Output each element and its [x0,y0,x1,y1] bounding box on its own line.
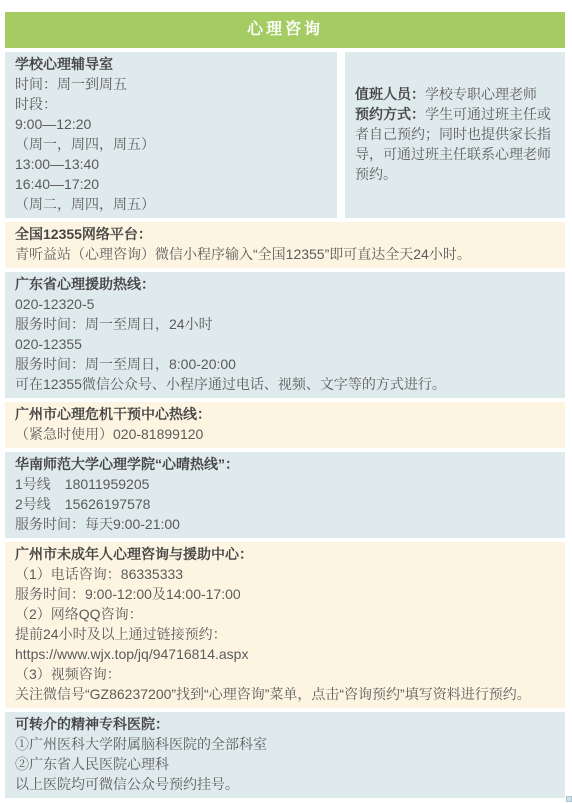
line-text: 以上医院均可微信公众号预约挂号。 [15,776,239,792]
line-label: 学校心理辅导室 [15,56,113,72]
text-line: 16:40—17:20 [15,174,327,194]
line-text: 020-12320-5 [15,296,94,312]
line-text: （周二，周四，周五） [15,196,155,212]
section-school-counseling-room-booking-cell: 值班人员：学校专职心理老师预约方式：学生可通过班主任或者自己预约；同时也提供家长… [345,52,565,218]
section-national-12355-platform: 全国12355网络平台：青听益站（心理咨询）微信小程序输入“全国12355”即可… [5,222,565,268]
text-line: 2号线 15626197578 [15,494,555,514]
section-guangzhou-minors-center: 广州市未成年人心理咨询与援助中心：（1）电话咨询：86335333服务时间：9:… [5,542,565,708]
text-line: 服务时间：周一至周日，8:00-20:00 [15,354,555,374]
text-line: ①广州医科大学附属脑科医院的全部科室 [15,734,555,754]
section-guangdong-psych-assist-hotline: 广东省心理援助热线：020-12320-5服务时间：周一至周日，24小时020-… [5,272,565,398]
line-text: 020-12355 [15,336,82,352]
text-line: 可转介的精神专科医院： [15,714,555,734]
line-label: 广州市心理危机干预中心热线： [15,406,211,422]
text-line: 华南师范大学心理学院“心晴热线”： [15,454,555,474]
line-text: 可在12355微信公众号、小程序通过电话、视频、文字等的方式进行。 [15,376,446,392]
text-line: （3）视频咨询： [15,664,555,684]
line-text: （周一，周四，周五） [15,136,155,152]
line-text: ①广州医科大学附属脑科医院的全部科室 [15,736,267,752]
line-text: 9:00—12:20 [15,116,91,132]
text-line: 关注微信号“GZ86237200”找到“心理咨询”菜单，点击“咨询预约”填写资料… [15,684,555,704]
line-label: 全国12355网络平台： [15,226,152,242]
line-text: （1）电话咨询：86335333 [15,566,183,582]
text-line: 服务时间：周一至周日，24小时 [15,314,555,334]
text-line: 青听益站（心理咨询）微信小程序输入“全国12355”即可直达全天24小时。 [15,244,555,264]
text-line: https://www.wjx.top/jq/94716814.aspx [15,644,555,664]
line-text: （2）网络QQ咨询： [15,606,143,622]
section-school-counseling-room: 学校心理辅导室时间：周一到周五时段：9:00—12:20（周一，周四，周五）13… [5,52,565,218]
line-label: 华南师范大学心理学院“心晴热线”： [15,456,239,472]
text-line: （周一，周四，周五） [15,134,327,154]
line-text: 时间：周一到周五 [15,76,127,92]
line-text: 服务时间：每天9:00-21:00 [15,516,180,532]
column-divider [337,52,345,218]
text-line: 全国12355网络平台： [15,224,555,244]
page-title: 心理咨询 [5,12,565,48]
text-line: 预约方式：学生可通过班主任或者自己预约；同时也提供家长指导，可通过班主任联系心理… [355,104,557,184]
text-line: 020-12355 [15,334,555,354]
section-guangzhou-crisis-hotline: 广州市心理危机干预中心热线：（紧急时使用）020-81899120 [5,402,565,448]
line-text: 服务时间：周一至周日，8:00-20:00 [15,356,236,372]
line-label: 可转介的精神专科医院： [15,716,169,732]
text-line: 9:00—12:20 [15,114,327,134]
text-line: 服务时间：每天9:00-21:00 [15,514,555,534]
line-text: 1号线 18011959205 [15,476,149,492]
line-text: 2号线 15626197578 [15,496,150,512]
line-label: 广州市未成年人心理咨询与援助中心： [15,546,253,562]
text-line: 以上医院均可微信公众号预约挂号。 [15,774,555,794]
text-line: 服务时间：9:00-12:00及14:00-17:00 [15,584,555,604]
line-label: 广东省心理援助热线： [15,276,155,292]
line-text: 16:40—17:20 [15,176,99,192]
line-text: （3）视频咨询： [15,666,121,682]
line-text: https://www.wjx.top/jq/94716814.aspx [15,646,248,662]
line-text: 时段： [15,96,57,112]
text-line: 广州市未成年人心理咨询与援助中心： [15,544,555,564]
counseling-info-page: 心理咨询 学校心理辅导室时间：周一到周五时段：9:00—12:20（周一，周四，… [0,0,572,803]
text-line: ②广东省人民医院心理科 [15,754,555,774]
text-line: 时段： [15,94,327,114]
line-label: 值班人员： [355,86,425,102]
section-scnu-xinqing-hotline: 华南师范大学心理学院“心晴热线”：1号线 180119592052号线 1562… [5,452,565,538]
line-text: 13:00—13:40 [15,156,99,172]
text-line: 广州市心理危机干预中心热线： [15,404,555,424]
section-referral-hospitals: 可转介的精神专科医院：①广州医科大学附属脑科医院的全部科室②广东省人民医院心理科… [5,712,565,798]
line-text: 青听益站（心理咨询）微信小程序输入“全国12355”即可直达全天24小时。 [15,246,471,262]
corner-artifact [566,796,572,802]
text-line: （周二，周四，周五） [15,194,327,214]
text-line: 时间：周一到周五 [15,74,327,94]
line-label: 预约方式： [355,106,425,122]
line-text: ②广东省人民医院心理科 [15,756,169,772]
text-line: 提前24小时及以上通过链接预约： [15,624,555,644]
text-line: （1）电话咨询：86335333 [15,564,555,584]
line-text: 服务时间：周一至周日，24小时 [15,316,213,332]
text-line: 可在12355微信公众号、小程序通过电话、视频、文字等的方式进行。 [15,374,555,394]
sections-container: 学校心理辅导室时间：周一到周五时段：9:00—12:20（周一，周四，周五）13… [5,52,565,798]
text-line: 13:00—13:40 [15,154,327,174]
line-text: 学校专职心理老师 [425,86,537,102]
text-line: （紧急时使用）020-81899120 [15,424,555,444]
text-line: 学校心理辅导室 [15,54,327,74]
line-text: （紧急时使用）020-81899120 [15,426,203,442]
line-text: 提前24小时及以上通过链接预约： [15,626,227,642]
text-line: 020-12320-5 [15,294,555,314]
text-line: 广东省心理援助热线： [15,274,555,294]
text-line: （2）网络QQ咨询： [15,604,555,624]
text-line: 1号线 18011959205 [15,474,555,494]
section-school-counseling-room-schedule-cell: 学校心理辅导室时间：周一到周五时段：9:00—12:20（周一，周四，周五）13… [5,52,337,218]
line-text: 关注微信号“GZ86237200”找到“心理咨询”菜单，点击“咨询预约”填写资料… [15,686,531,702]
text-line: 值班人员：学校专职心理老师 [355,84,557,104]
line-text: 服务时间：9:00-12:00及14:00-17:00 [15,586,241,602]
